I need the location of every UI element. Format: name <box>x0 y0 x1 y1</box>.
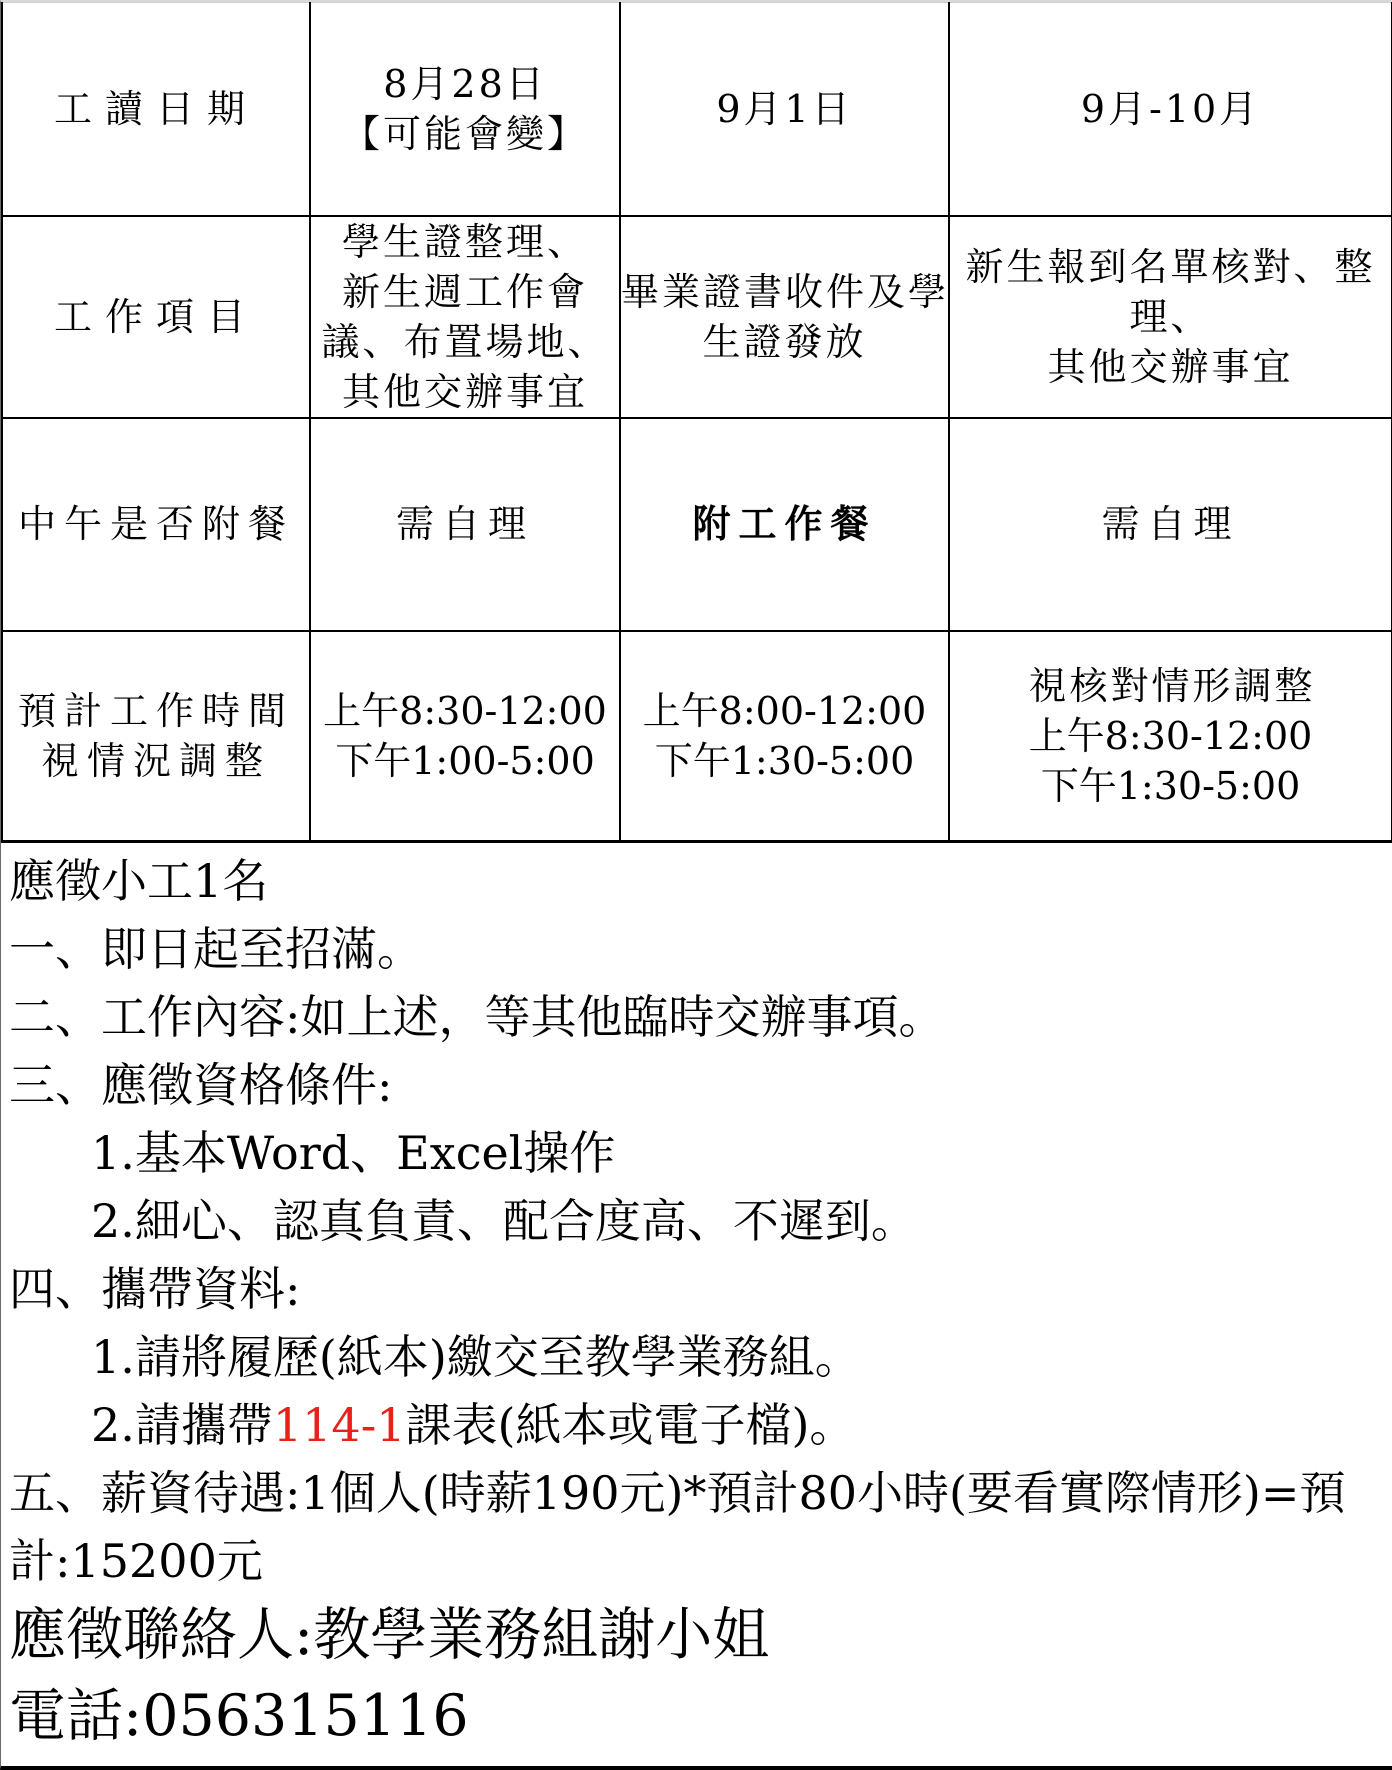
cell-hours-label: 預計工作時間 視情況調整 <box>2 631 310 842</box>
cell-hours-sep-oct: 視核對情形調整 上午8:30-12:00 下午1:30-5:00 <box>949 631 1392 842</box>
row-work-items: 工作項目 學生證整理、 新生週工作會 議、布置場地、 其他交辦事宜 畢業證書收件… <box>2 216 1392 418</box>
cell-items-aug28: 學生證整理、 新生週工作會 議、布置場地、 其他交辦事宜 <box>310 216 620 418</box>
qualification-1: 1.基本Word、Excel操作 <box>9 1119 1392 1187</box>
cell-line: 上午8:30-12:00 <box>311 686 619 736</box>
job-notice-document: 工讀日期 8月28日 【可能會變】 9月1日 9月-10月 工作項目 <box>0 0 1392 1770</box>
cell-line: 議、布置場地、 <box>311 317 619 367</box>
cell-line: 理、 <box>950 292 1391 342</box>
bring-item-2: 2.請攜帶114-1課表(紙本或電子檔)。 <box>9 1391 1392 1459</box>
cell-line: 工作項目 <box>3 292 309 342</box>
cell-line: 下午1:00-5:00 <box>311 736 619 786</box>
cell-lunch-label: 中午是否附餐 <box>2 418 310 631</box>
cell-lunch-aug28: 需自理 <box>310 418 620 631</box>
contact-phone: 電話:056315116 <box>1 1676 1392 1757</box>
cell-line: 生證發放 <box>621 317 948 367</box>
bring-item-2-prefix: 2.請攜帶 <box>91 1398 273 1452</box>
cell-lunch-sep1: 附工作餐 <box>620 418 949 631</box>
cell-work-items-label: 工作項目 <box>2 216 310 418</box>
cell-line: 8月28日 <box>311 59 619 109</box>
cell-line: 上午8:00-12:00 <box>621 686 948 736</box>
notice-item-1: 一、即日起至招滿。 <box>9 915 1392 983</box>
cell-line: 學生證整理、 <box>311 217 619 267</box>
cell-line: 附工作餐 <box>621 499 948 549</box>
cell-line: 其他交辦事宜 <box>311 367 619 417</box>
notice-item-4: 四、攜帶資料: <box>9 1255 1392 1323</box>
salary-line-2: 計:15200元 <box>9 1527 1392 1595</box>
cell-work-date-label: 工讀日期 <box>2 3 310 216</box>
cell-line: 新生週工作會 <box>311 267 619 317</box>
cell-line: 需自理 <box>311 499 619 549</box>
bring-item-1: 1.請將履歷(紙本)繳交至教學業務組。 <box>9 1323 1392 1391</box>
cell-line: 下午1:30-5:00 <box>950 761 1391 811</box>
cell-line: 需自理 <box>950 499 1391 549</box>
cell-line: 畢業證書收件及學 <box>621 267 948 317</box>
notice-item-3: 三、應徵資格條件: <box>9 1051 1392 1119</box>
cell-items-sep-oct: 新生報到名單核對、整 理、 其他交辦事宜 <box>949 216 1392 418</box>
row-lunch: 中午是否附餐 需自理 附工作餐 需自理 <box>2 418 1392 631</box>
cell-line: 【可能會變】 <box>311 109 619 159</box>
row-work-date: 工讀日期 8月28日 【可能會變】 9月1日 9月-10月 <box>2 3 1392 216</box>
bring-item-2-suffix: 課表(紙本或電子檔)。 <box>406 1398 856 1452</box>
cell-line: 視核對情形調整 <box>950 661 1391 711</box>
cell-line: 中午是否附餐 <box>3 499 309 549</box>
row-work-hours: 預計工作時間 視情況調整 上午8:30-12:00 下午1:00-5:00 上午… <box>2 631 1392 842</box>
qualification-2: 2.細心、認真負責、配合度高、不遲到。 <box>9 1187 1392 1255</box>
cell-line: 9月-10月 <box>950 84 1391 134</box>
cell-line: 下午1:30-5:00 <box>621 736 948 786</box>
cell-line: 預計工作時間 <box>3 686 309 736</box>
cell-date-sep-oct: 9月-10月 <box>949 3 1392 216</box>
work-schedule-table: 工讀日期 8月28日 【可能會變】 9月1日 9月-10月 工作項目 <box>1 2 1392 843</box>
cell-items-sep1: 畢業證書收件及學 生證發放 <box>620 216 949 418</box>
cell-line: 工讀日期 <box>3 84 309 134</box>
cell-hours-aug28: 上午8:30-12:00 下午1:00-5:00 <box>310 631 620 842</box>
cell-line: 新生報到名單核對、整 <box>950 242 1391 292</box>
notice-title: 應徵小工1名 <box>9 847 1392 915</box>
cell-line: 視情況調整 <box>3 736 309 786</box>
cell-date-aug28: 8月28日 【可能會變】 <box>310 3 620 216</box>
contact-person: 應徵聯絡人:教學業務組謝小姐 <box>1 1595 1392 1676</box>
cell-line: 上午8:30-12:00 <box>950 711 1391 761</box>
bring-item-2-highlight: 114-1 <box>273 1398 406 1452</box>
cell-hours-sep1: 上午8:00-12:00 下午1:30-5:00 <box>620 631 949 842</box>
cell-line: 9月1日 <box>621 84 948 134</box>
salary-line-1: 五、薪資待遇:1個人(時薪190元)*預計80小時(要看實際情形)=預 <box>9 1459 1392 1527</box>
cell-line: 其他交辦事宜 <box>950 342 1391 392</box>
notice-item-2: 二、工作內容:如上述，等其他臨時交辦事項。 <box>9 983 1392 1051</box>
notice-section: 應徵小工1名 一、即日起至招滿。 二、工作內容:如上述，等其他臨時交辦事項。 三… <box>1 847 1392 1595</box>
cell-lunch-sep-oct: 需自理 <box>949 418 1392 631</box>
cell-date-sep1: 9月1日 <box>620 3 949 216</box>
